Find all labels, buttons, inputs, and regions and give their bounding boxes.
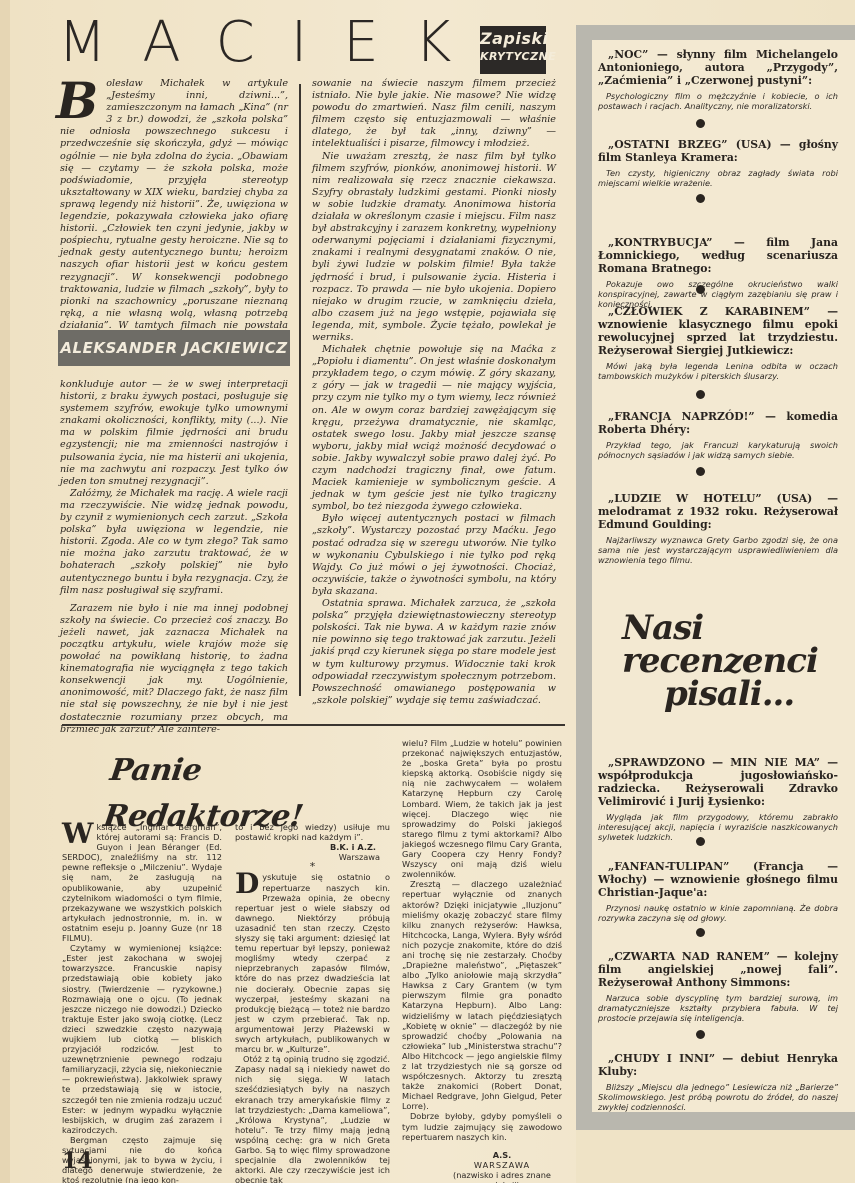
sidebar-frame-bottom — [576, 1112, 855, 1130]
article-column-1-bottom: konkluduje autor — że w swej interpretac… — [60, 379, 288, 736]
review-item: „SPRAWDZONO — MIN NIE MA” — współprodukc… — [598, 756, 838, 842]
review-item: „CZŁOWIEK Z KARABINEM” — wznowienie klas… — [598, 305, 838, 382]
letters-heading: Panie Redaktorze! — [106, 748, 353, 798]
bullet-icon — [696, 467, 705, 476]
letter1-signature: B.K. i A.Z. — [235, 842, 390, 852]
review-body: Mówi jaką była legenda Lenina odbita w o… — [598, 362, 838, 382]
page-edge — [0, 0, 10, 1183]
paragraph: Ostatnia sprawa. Michałek zarzuca, że „s… — [312, 598, 556, 707]
review-item: „OSTATNI BRZEG” (USA) — głośny film Stan… — [598, 138, 838, 189]
review-head: „CZŁOWIEK Z KARABINEM” — wznowienie klas… — [598, 305, 838, 357]
letter2-signature: A.S. — [402, 1150, 562, 1160]
letter2-city: WARSZAWA — [402, 1160, 562, 1170]
review-head: „SPRAWDZONO — MIN NIE MA” — współprodukc… — [598, 756, 838, 808]
review-item: „KONTRYBUCJA” — film Jana Łomnickiego, w… — [598, 236, 838, 309]
letters-column-1: Wksiążce „Ingmar Bergman”, której autora… — [62, 822, 222, 1183]
review-head: „NOC” — słynny film Michelangelo Antonio… — [598, 48, 838, 87]
review-item: „FANFAN-TULIPAN” (Francja — Włochy) — wz… — [598, 860, 838, 924]
review-item: „NOC” — słynny film Michelangelo Antonio… — [598, 48, 838, 112]
review-head: „FANFAN-TULIPAN” (Francja — Włochy) — wz… — [598, 860, 838, 899]
bullet-icon — [696, 285, 705, 294]
review-head: „KONTRYBUCJA” — film Jana Łomnickiego, w… — [598, 236, 838, 275]
review-body: Narzuca sobie dyscyplinę tym bardziej su… — [598, 994, 838, 1023]
paragraph: sowanie na świecie naszym filmem przecie… — [312, 78, 556, 151]
article-lead-paragraph: Bolesław Michałek w artykule „Jesteśmy i… — [60, 78, 288, 356]
section-divider — [62, 724, 565, 726]
bullet-icon — [696, 390, 705, 399]
series-badge-line1: Zapiski — [480, 31, 546, 47]
review-item: „CHUDY I INNI” — debiut Henryka Kluby: B… — [598, 1052, 838, 1112]
article-column-2: sowanie na świecie naszym filmem przecie… — [312, 78, 556, 707]
drop-cap: W — [62, 823, 93, 845]
drop-cap: D — [235, 873, 259, 895]
review-body: Przykład tego, jak Francuzi karykaturują… — [598, 441, 838, 461]
review-head: „CZWARTA NAD RANEM” — kolejny film angie… — [598, 950, 838, 989]
review-body: Ten czysty, higieniczny obraz zagłady św… — [598, 169, 838, 189]
paragraph: Otóż z tą opinią trudno się zgodzić. Zap… — [235, 1054, 390, 1183]
sidebar-heading: Nasi recenzenci pisali... — [622, 612, 822, 711]
bullet-icon — [696, 1030, 705, 1039]
column-divider — [299, 84, 301, 696]
letters-column-2: to i bez jego wiedzy) usiłuje mu postawi… — [235, 822, 390, 1183]
paragraph: Załóżmy, że Michałek ma rację. A wiele r… — [60, 488, 288, 597]
letter2-lead: Dyskutuje się ostatnio o repertuarze nas… — [235, 872, 390, 1054]
review-body: Bliższy „Miejscu dla jednego” Lesiewicza… — [598, 1083, 838, 1112]
paragraph: wielu? Film „Ludzie w hotelu” powinien p… — [402, 738, 562, 879]
review-item: „CZWARTA NAD RANEM” — kolejny film angie… — [598, 950, 838, 1023]
paragraph: Michałek chętnie powołuje się na Maćka z… — [312, 344, 556, 513]
sidebar-below — [576, 1130, 855, 1183]
article-title: MACIEK — [58, 14, 458, 72]
paragraph: Zarazem nie było i nie ma innej podobnej… — [60, 603, 288, 736]
review-item: „FRANCJA NAPRZÓD!” — komedia Roberta Dhé… — [598, 410, 838, 461]
review-body: Psychologiczny film o mężczyźnie i kobie… — [598, 92, 838, 112]
bullet-icon — [696, 194, 705, 203]
paragraph: Było więcej autentycznych postaci w film… — [312, 513, 556, 598]
series-badge: Zapiski KRYTYCZNE — [480, 26, 546, 74]
review-head: „CHUDY I INNI” — debiut Henryka Kluby: — [598, 1052, 838, 1078]
letter1-lead: Wksiążce „Ingmar Bergman”, której autora… — [62, 822, 222, 943]
paragraph: Zresztą — dlaczego uzależniać repertuar … — [402, 879, 562, 1111]
paragraph: Dobrze byłoby, gdyby pomyśleli o tym lud… — [402, 1111, 562, 1141]
paragraph: Nie uważam zresztą, że nasz film był tyl… — [312, 151, 556, 345]
letter2-note: (nazwisko i adres znane redakcji) — [402, 1170, 562, 1183]
review-body: Przynosi naukę ostatnio w kinie zapomnia… — [598, 904, 838, 924]
review-body: Wygląda jak film przygodowy, któremu zab… — [598, 813, 838, 842]
review-head: „LUDZIE W HOTELU” (USA) — melodramat z 1… — [598, 492, 838, 531]
paragraph: to i bez jego wiedzy) usiłuje mu postawi… — [235, 822, 390, 842]
paragraph: Czytamy w wymienionej książce: „Ester je… — [62, 943, 222, 1135]
bullet-icon — [696, 837, 705, 846]
letters-column-3: wielu? Film „Ludzie w hotelu” powinien p… — [402, 738, 562, 1183]
series-badge-line2: KRYTYCZNE — [480, 51, 546, 62]
drop-cap: B — [56, 80, 98, 122]
review-head: „OSTATNI BRZEG” (USA) — głośny film Stan… — [598, 138, 838, 164]
review-head: „FRANCJA NAPRZÓD!” — komedia Roberta Dhé… — [598, 410, 838, 436]
sidebar-heading-line: pisali... — [664, 678, 822, 711]
page-number: 14 — [62, 1148, 93, 1174]
article-column-1-top: Bolesław Michałek w artykule „Jesteśmy i… — [60, 78, 288, 356]
review-item: „LUDZIE W HOTELU” (USA) — melodramat z 1… — [598, 492, 838, 565]
paragraph: konkluduje autor — że w swej interpretac… — [60, 379, 288, 488]
bullet-icon — [696, 928, 705, 937]
bullet-icon — [696, 119, 705, 128]
review-body: Najżarliwszy wyznawca Grety Garbo zgodzi… — [598, 536, 838, 565]
author-byline: ALEKSANDER JACKIEWICZ — [58, 330, 290, 366]
